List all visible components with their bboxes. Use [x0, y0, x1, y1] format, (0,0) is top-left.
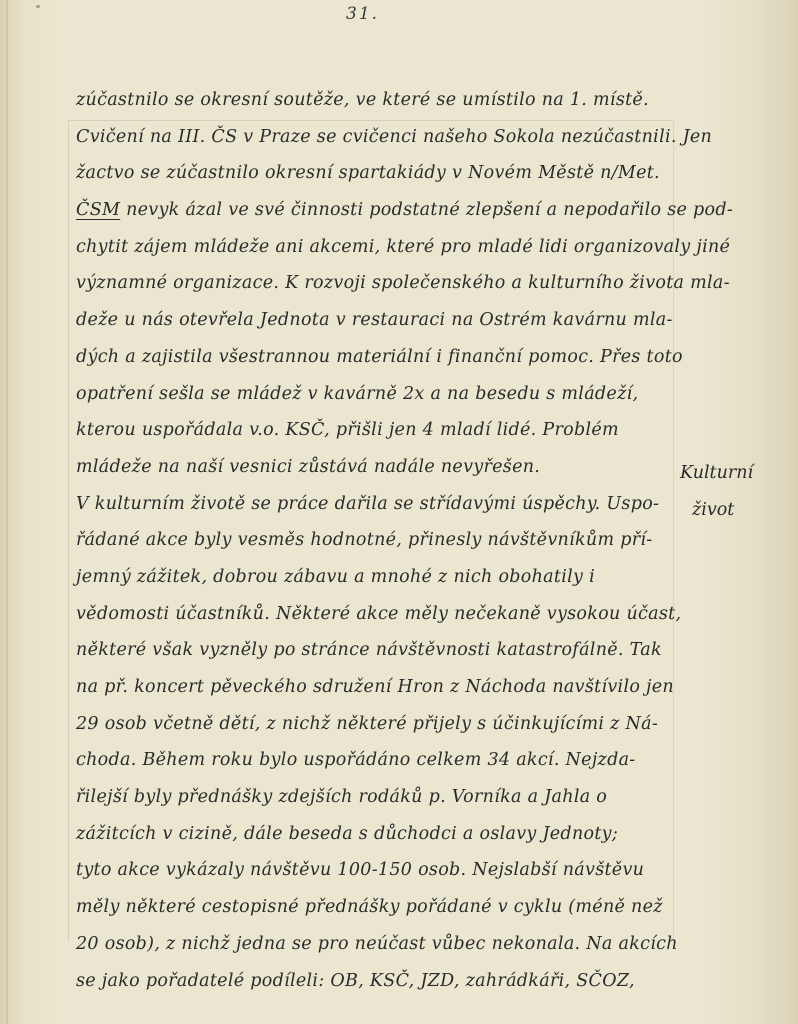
margin-note-cultural-life: Kulturní život	[680, 455, 790, 528]
text-line-6: významné organizace. K rozvoji společens…	[76, 265, 676, 302]
handwritten-text-body: zúčastnilo se okresní soutěže, ve které …	[76, 82, 676, 999]
text-line-16: některé však vyzněly po stránce návštěvn…	[76, 632, 676, 669]
text-line-17: na př. koncert pěveckého sdružení Hron z…	[76, 669, 676, 706]
text-line-12: V kulturním životě se práce dařila se st…	[76, 486, 676, 523]
text-line-18: 29 osob včetně dětí, z nichž některé při…	[76, 706, 676, 743]
chronicle-page: 31. zúčastnilo se okresní soutěže, ve kt…	[0, 0, 798, 1024]
text-line-25: se jako pořadatelé podíleli: OB, KSČ, JZ…	[76, 963, 676, 1000]
text-line-15: vědomosti účastníků. Některé akce měly n…	[76, 596, 676, 633]
text-line-20: řilejší byly přednášky zdejších rodáků p…	[76, 779, 676, 816]
text-line-14: jemný zážitek, dobrou zábavu a mnohé z n…	[76, 559, 676, 596]
text-line-5: chytit zájem mládeže ani akcemi, které p…	[76, 229, 676, 266]
text-line-11: mládeže na naší vesnici zůstává nadále n…	[76, 449, 676, 486]
text-line-8: dých a zajistila všestrannou materiální …	[76, 339, 676, 376]
margin-note-line-1: Kulturní	[680, 455, 790, 492]
text-line-1: zúčastnilo se okresní soutěže, ve které …	[76, 82, 676, 119]
page-number: 31.	[346, 4, 379, 24]
ink-stain	[36, 5, 40, 8]
text-line-19: choda. Během roku bylo uspořádáno celkem…	[76, 742, 676, 779]
text-line-2: Cvičení na III. ČS v Praze se cvičenci n…	[76, 119, 676, 156]
text-line-10: kterou uspořádala v.o. KSČ, přišli jen 4…	[76, 412, 676, 449]
margin-note-line-2: život	[680, 492, 790, 529]
text-line-9: opatření sešla se mládež v kavárně 2x a …	[76, 376, 676, 413]
underlined-heading-csm: ČSM	[76, 200, 120, 220]
text-line-22: tyto akce vykázaly návštěvu 100-150 osob…	[76, 852, 676, 889]
text-line-3: žactvo se zúčastnilo okresní spartakiády…	[76, 155, 676, 192]
text-line-7: deže u nás otevřela Jednota v restauraci…	[76, 302, 676, 339]
text-line-4: ČSM nevyk ázal ve své činnosti podstatné…	[76, 192, 676, 229]
text-line-4-rest: nevyk ázal ve své činnosti podstatné zle…	[126, 200, 733, 220]
page-edge	[6, 0, 8, 1024]
text-line-13: řádané akce byly vesměs hodnotné, přines…	[76, 522, 676, 559]
text-line-21: zážitcích v cizině, dále beseda s důchod…	[76, 816, 676, 853]
text-line-23: měly některé cestopisné přednášky pořáda…	[76, 889, 676, 926]
text-line-24: 20 osob), z nichž jedna se pro neúčast v…	[76, 926, 676, 963]
